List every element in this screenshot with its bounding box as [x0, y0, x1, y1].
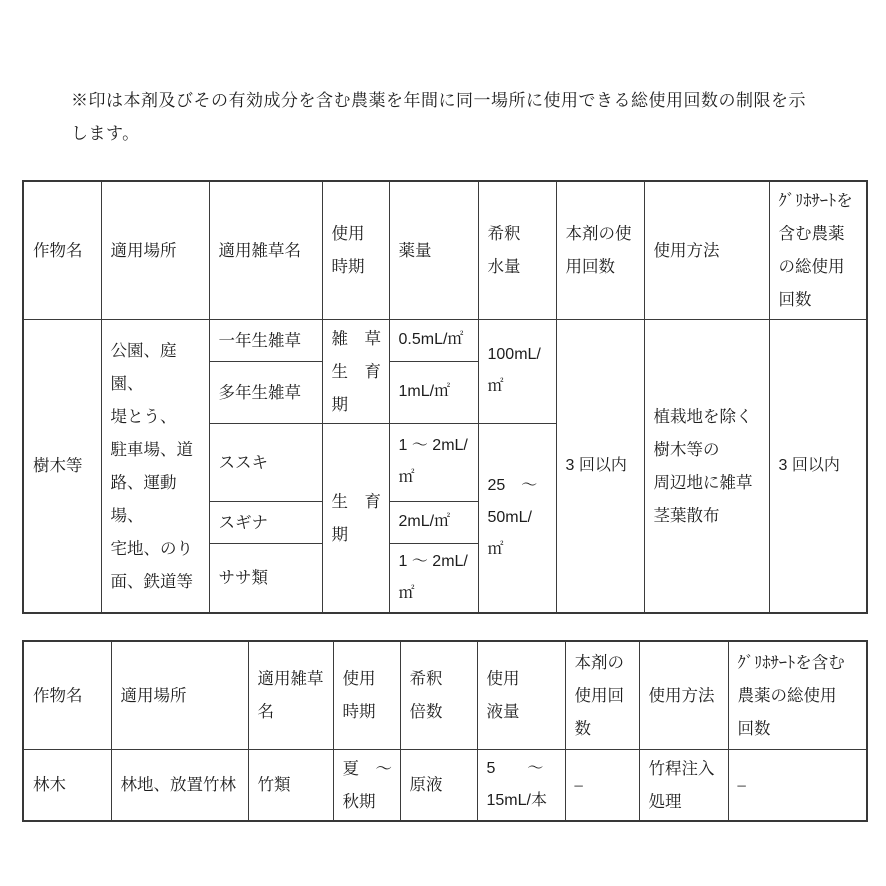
use-method-cell: 植栽地を除く 樹木等の 周辺地に雑草 茎葉散布: [644, 319, 769, 613]
period-summer-autumn-cell: 夏 ～ 秋期: [333, 749, 400, 821]
forest-header-row: 作物名 適用場所 適用雑草 名 使用 時期 希釈 倍数 使用 液量 本剤の 使用…: [23, 641, 867, 749]
header-crop-name: 作物名: [23, 181, 101, 319]
water-volume-high-cell: 100mL/ ㎡: [478, 319, 556, 423]
header-use-method: 使用方法: [639, 641, 728, 749]
total-use-count-note: ※印は本剤及びその有効成分を含む農薬を年間に同一場所に使用できる総使用回数の制限…: [71, 84, 851, 150]
header-use-volume: 使用 液量: [477, 641, 565, 749]
header-applicable-site: 適用場所: [111, 641, 248, 749]
header-product-use-count: 本剤の使 用回数: [556, 181, 644, 319]
water-volume-low-cell: 25 ～ 50mL/ ㎡: [478, 423, 556, 613]
table-row: 林木 林地、放置竹林 竹類 夏 ～ 秋期 原液 5 ～ 15mL/本 – 竹稈注…: [23, 749, 867, 821]
trees-usage-table: 作物名 適用場所 適用雑草名 使用 時期 薬量 希釈 水量 本剤の使 用回数 使…: [22, 180, 868, 614]
crop-name-cell: 樹木等: [23, 319, 101, 613]
trees-header-row: 作物名 適用場所 適用雑草名 使用 時期 薬量 希釈 水量 本剤の使 用回数 使…: [23, 181, 867, 319]
product-use-count-cell: –: [565, 749, 639, 821]
header-use-method: 使用方法: [644, 181, 769, 319]
forest-usage-table: 作物名 適用場所 適用雑草 名 使用 時期 希釈 倍数 使用 液量 本剤の 使用…: [22, 640, 868, 822]
header-applicable-site: 適用場所: [101, 181, 209, 319]
header-use-period: 使用 時期: [333, 641, 400, 749]
applicable-site-cell: 林地、放置竹林: [111, 749, 248, 821]
header-dilution-ratio: 希釈 倍数: [400, 641, 477, 749]
dose-sasa-cell: 1 ～ 2mL/ ㎡: [389, 543, 478, 613]
table-row: 樹木等 公園、庭園、 堤とう、 駐車場、道 路、運動場、 宅地、のり 面、鉄道等…: [23, 319, 867, 362]
weed-susuki-cell: ススキ: [209, 423, 322, 501]
applicable-site-cell: 公園、庭園、 堤とう、 駐車場、道 路、運動場、 宅地、のり 面、鉄道等: [101, 319, 209, 613]
weed-perennial-cell: 多年生雑草: [209, 362, 322, 423]
glyphosate-total-count-cell: –: [728, 749, 867, 821]
header-glyphosate-total-count: ｸﾞﾘﾎｻｰﾄを 含む農薬 の総使用 回数: [769, 181, 867, 319]
header-glyphosate-total-count: ｸﾞﾘﾎｻｰﾄを含む 農薬の総使用 回数: [728, 641, 867, 749]
header-applicable-weed: 適用雑草名: [209, 181, 322, 319]
crop-name-cell: 林木: [23, 749, 111, 821]
header-crop-name: 作物名: [23, 641, 111, 749]
weed-annual-cell: 一年生雑草: [209, 319, 322, 362]
weed-bamboo-cell: 竹類: [248, 749, 333, 821]
glyphosate-total-count-cell: 3 回以内: [769, 319, 867, 613]
dilution-undiluted-cell: 原液: [400, 749, 477, 821]
header-dose: 薬量: [389, 181, 478, 319]
header-applicable-weed: 適用雑草 名: [248, 641, 333, 749]
use-method-cell: 竹稈注入 処理: [639, 749, 728, 821]
header-use-period: 使用 時期: [322, 181, 389, 319]
dose-sugina-cell: 2mL/㎡: [389, 501, 478, 543]
product-use-count-cell: 3 回以内: [556, 319, 644, 613]
header-dilution-water: 希釈 水量: [478, 181, 556, 319]
weed-sugina-cell: スギナ: [209, 501, 322, 543]
use-volume-cell: 5 ～ 15mL/本: [477, 749, 565, 821]
period-weed-growth-cell: 雑 草 生 育 期: [322, 319, 389, 423]
dose-annual-cell: 0.5mL/㎡: [389, 319, 478, 362]
weed-sasa-cell: ササ類: [209, 543, 322, 613]
period-growth-cell: 生 育 期: [322, 423, 389, 613]
header-product-use-count: 本剤の 使用回 数: [565, 641, 639, 749]
dose-perennial-cell: 1mL/㎡: [389, 362, 478, 423]
dose-susuki-cell: 1 ～ 2mL/ ㎡: [389, 423, 478, 501]
